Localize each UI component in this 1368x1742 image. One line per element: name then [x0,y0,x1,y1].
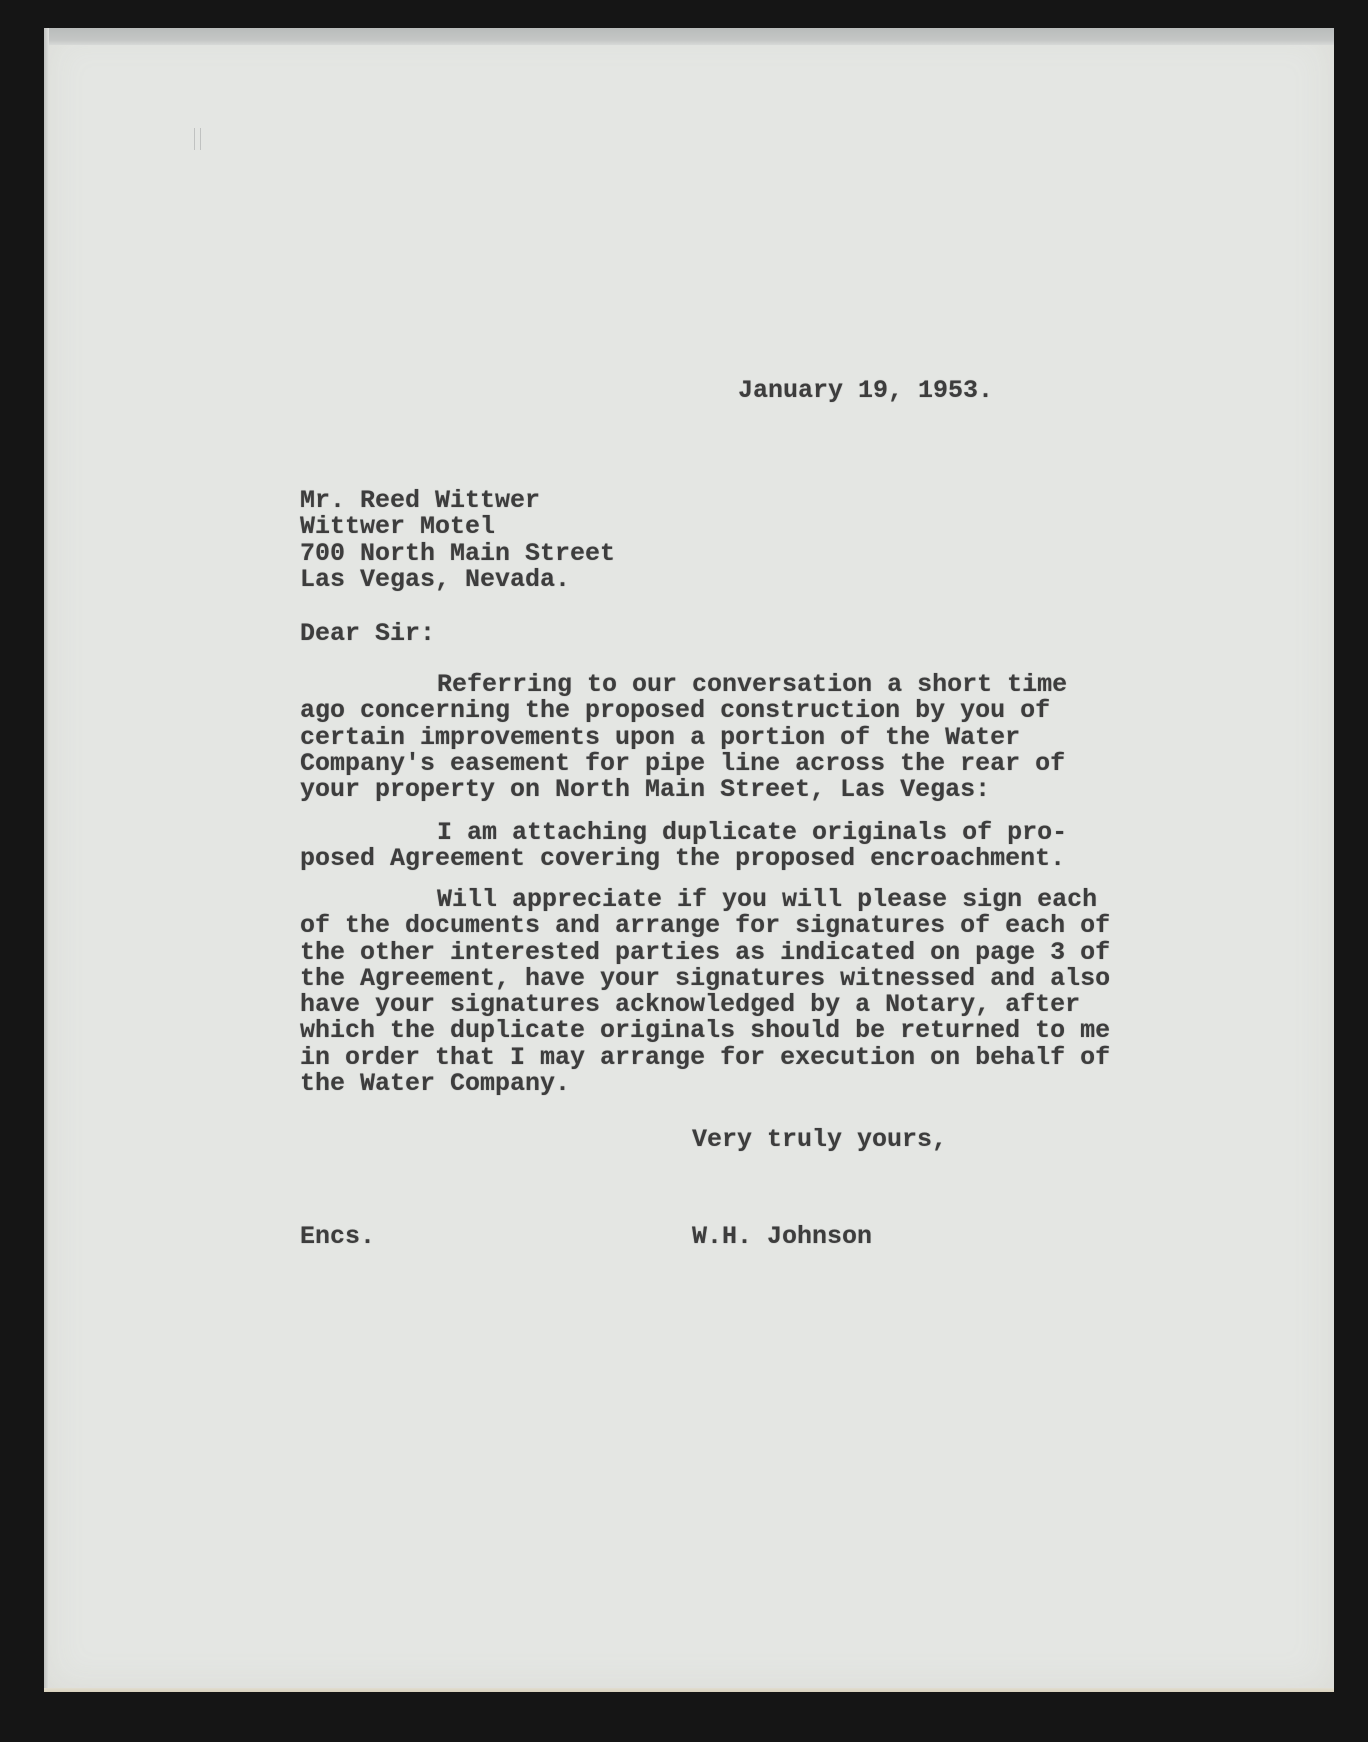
paragraph-2: I am attaching duplicate originals of pr… [300,820,1130,873]
signature-name: W.H. Johnson [692,1224,872,1250]
paragraph-line: your property on North Main Street, Las … [300,777,1130,803]
salutation: Dear Sir: [300,621,435,647]
paragraph-line: Will appreciate if you will please sign … [300,887,1130,913]
recipient-city: Las Vegas, Nevada. [300,567,1130,593]
paragraph-line: have your signatures acknowledged by a N… [300,992,1130,1018]
paragraph-line: the other interested parties as indicate… [300,940,1130,966]
paragraph-line: which the duplicate originals should be … [300,1018,1130,1044]
letter-page: January 19, 1953. Mr. Reed Wittwer Wittw… [44,28,1334,1692]
page-top-strip [44,28,1334,45]
paragraph-line: ago concerning the proposed construction… [300,698,1130,724]
paragraph-line: the Water Company. [300,1071,1130,1097]
recipient-name: Mr. Reed Wittwer [300,488,1130,514]
paragraph-line: Company's easement for pipe line across … [300,751,1130,777]
paragraph-line: Referring to our conversation a short ti… [300,672,1130,698]
pencil-mark [194,128,201,150]
letter-date: January 19, 1953. [738,378,993,404]
paragraph-line: the Agreement, have your signatures witn… [300,966,1130,992]
enclosures-note: Encs. [300,1224,375,1250]
recipient-company: Wittwer Motel [300,514,1130,540]
page-bottom-edge [44,1688,1334,1692]
recipient-address: Mr. Reed Wittwer Wittwer Motel 700 North… [300,488,1130,593]
page-left-edge [44,28,49,1692]
closing: Very truly yours, [692,1127,947,1153]
paragraph-line: I am attaching duplicate originals of pr… [300,820,1130,846]
paragraph-line: in order that I may arrange for executio… [300,1045,1130,1071]
paragraph-1: Referring to our conversation a short ti… [300,672,1130,803]
recipient-street: 700 North Main Street [300,541,1130,567]
paragraph-line: certain improvements upon a portion of t… [300,725,1130,751]
paragraph-line: of the documents and arrange for signatu… [300,913,1130,939]
paragraph-line: posed Agreement covering the proposed en… [300,846,1130,872]
paragraph-3: Will appreciate if you will please sign … [300,887,1130,1097]
